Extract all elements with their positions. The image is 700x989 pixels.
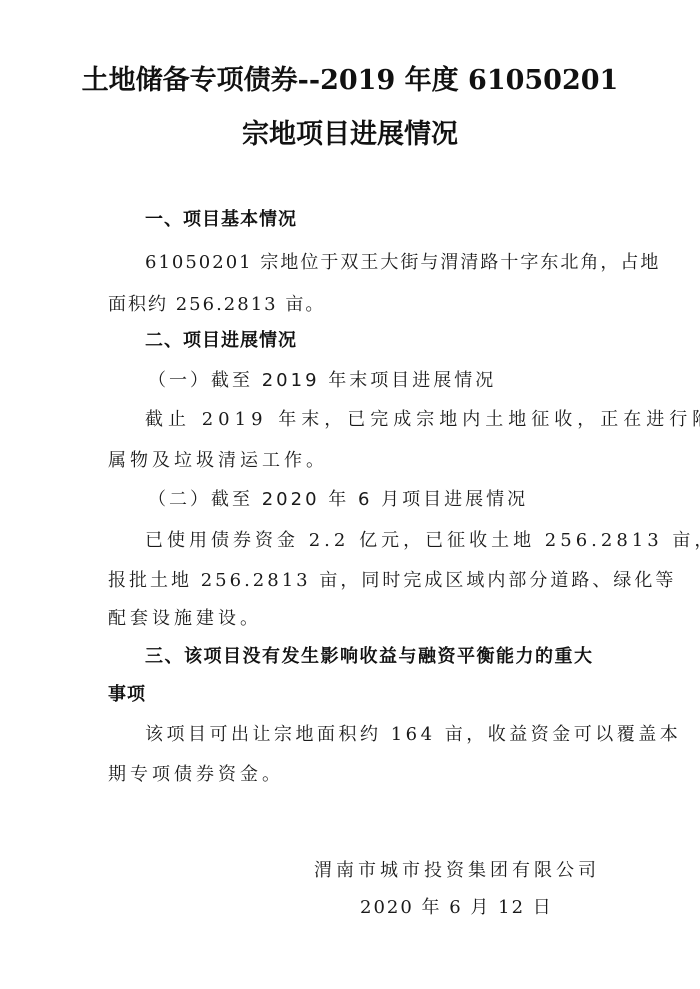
document-title-line2: 宗地项目进展情况 — [0, 112, 700, 151]
document-page: 土地储备专项债券--2019 年度 61050201 宗地项目进展情况 一、项目… — [0, 0, 700, 989]
signature-date: 2020 年 6 月 12 日 — [360, 893, 553, 919]
subsection-2-heading: （二）截至 2020 年 6 月项目进展情况 — [148, 485, 528, 511]
section-3-paragraph-line2: 期专项债券资金。 — [108, 760, 284, 786]
section-3-paragraph-line1: 该项目可出让宗地面积约 164 亩，收益资金可以覆盖本 — [145, 720, 681, 746]
subsection-2-paragraph-line1: 已使用债券资金 2.2 亿元，已征收土地 256.2813 亩， — [145, 526, 700, 552]
section-3-heading-line1: 三、该项目没有发生影响收益与融资平衡能力的重大 — [145, 642, 594, 668]
subsection-1-heading: （一）截至 2019 年末项目进展情况 — [148, 366, 496, 392]
section-3-heading-line2: 事项 — [108, 680, 146, 706]
subsection-1-paragraph-line1: 截止 2019 年末，已完成宗地内土地征收，正在进行附 — [145, 405, 700, 431]
subsection-2-paragraph-line2: 报批土地 256.2813 亩，同时完成区域内部分道路、绿化等 — [108, 566, 676, 592]
section-1-paragraph-line1: 61050201 宗地位于双王大街与渭清路十字东北角，占地 — [145, 248, 660, 274]
subsection-2-paragraph-line3: 配套设施建设。 — [108, 604, 262, 630]
document-title-line1: 土地储备专项债券--2019 年度 61050201 — [0, 58, 700, 97]
section-1-paragraph-line2: 面积约 256.2813 亩。 — [108, 290, 325, 316]
section-2-heading: 二、项目进展情况 — [145, 326, 297, 352]
section-1-heading: 一、项目基本情况 — [145, 205, 297, 231]
signature-organization: 渭南市城市投资集团有限公司 — [314, 856, 600, 882]
subsection-1-paragraph-line2: 属物及垃圾清运工作。 — [108, 446, 328, 472]
